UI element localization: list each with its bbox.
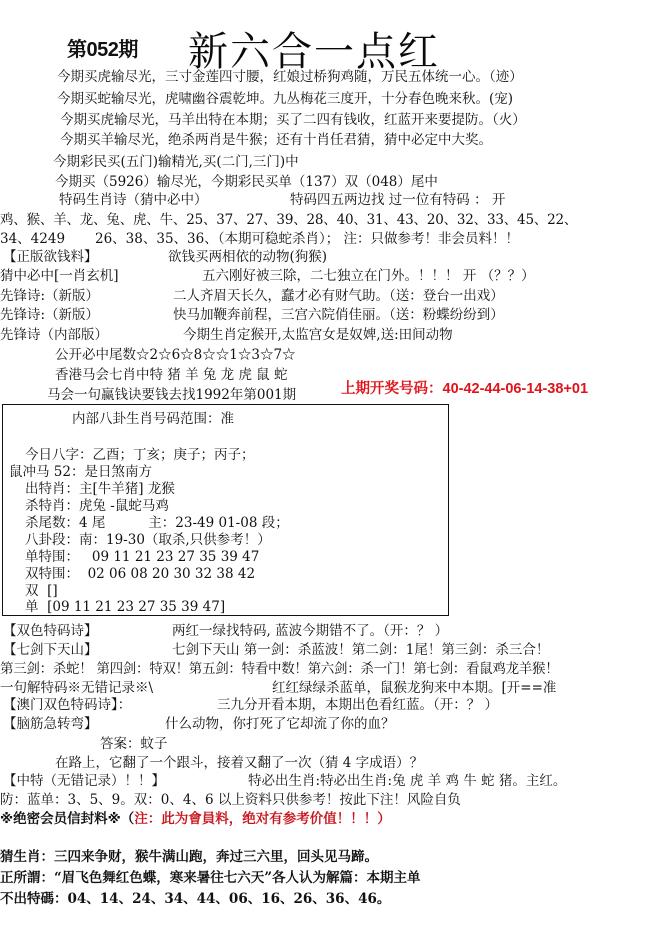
- section-text-xianfeng-1: 二人齐眉天长久，蠢才必有财气助。（送：登台一出戏）: [173, 287, 504, 305]
- riddle-text: 什么动物，你打死了它却流了你的血？: [165, 715, 395, 733]
- section-text-yixiao: 五六刚好被三除，二七独立在门外。！！！ 开 （？？）: [202, 267, 535, 285]
- section-text-xianfeng-2: 快马加鞭奔前程，三宫六院俏佳丽。（送：粉蝶纷纷到）: [173, 306, 504, 324]
- idiom-riddle: 在路上，它翻了一个跟斗，接着又翻了一次（猜 4 字成语）？: [55, 754, 423, 772]
- last-draw-numbers: 40-42-44-06-14-38+01: [443, 381, 589, 397]
- bagua-sha-te: 杀特肖：虎兔 -鼠蛇马鸡: [25, 497, 169, 515]
- guess-zodiac: 猜生肖：三四来争财，猴牛满山跑，奔过三六里，回头见马蹄。: [0, 845, 378, 865]
- issue-number: 第052期: [67, 33, 138, 62]
- poem-line-2: 今期买蛇输尽光，虎啸幽谷震乾坤。九丛梅花三度开，十分春色晚来秋。(宠): [57, 90, 513, 108]
- win-line: 马会一句赢钱诀要钱去找1992年第001期: [47, 386, 296, 404]
- bagua-bazi: 今日八字：乙酉；丁亥；庚子；丙子；: [25, 446, 255, 464]
- seven-swords-text: 七剑下天山 第一剑：杀蓝波！第二剑：1尾！第三剑：杀三合！: [172, 641, 549, 659]
- riddle-label: 【脑筋急转弯】: [3, 715, 98, 733]
- bagua-chong: 鼠冲马 52：是日煞南方: [9, 463, 152, 481]
- section-label-neibu: 先锋诗（内部版）: [0, 326, 108, 344]
- bagua-dan-te: 单特围： 09 11 21 23 27 35 39 47: [25, 548, 259, 566]
- bagua-title: 内部八卦生肖号码范围：准: [72, 410, 234, 428]
- seven-swords-label: 【七剑下天山】: [3, 641, 98, 659]
- special-poem-hint: 特码四五两边找 过一位有特码 ： 开: [290, 191, 505, 209]
- one-phrase-text: 红红绿绿杀蓝单，鼠猴龙狗来中本期。[开==准: [272, 679, 556, 697]
- one-phrase-label: 一句解特码※无错记录※\: [0, 679, 153, 697]
- seven-swords-line-2: 第三剑：杀蛇！ 第四剑：特双！第五剑：特看中数！第六剑：杀一门！第七剑：看鼠鸡龙…: [0, 660, 558, 678]
- two-color-label: 【双色特码诗】: [3, 622, 98, 640]
- section-label-zhengban: 【正版欲钱料】: [3, 248, 98, 266]
- vip-label: ※绝密会员信封料※（: [0, 811, 134, 827]
- tail-stars: 公开必中尾数☆2☆6☆8☆☆1☆3☆7☆: [55, 346, 296, 364]
- zhongte-label: 【中特（无错记录）！！】: [3, 772, 165, 790]
- numbers-line-1: 鸡、猴、羊、龙、兔、虎、牛、25、37、27、39、28、40、31、43、20…: [0, 211, 577, 229]
- vip-note: 注：此为會員料，绝对有参考价值！！！）: [134, 811, 391, 827]
- riddle-answer: 答案：蚊子: [100, 735, 168, 753]
- section-label-xianfeng-2: 先锋诗:（新版）: [0, 306, 99, 324]
- section-label-xianfeng-1: 先锋诗:（新版）: [0, 287, 99, 305]
- macau-label: 【澳门双色特码诗】：: [3, 696, 131, 714]
- poem-line-4: 今期买羊输尽光，绝杀两肖是牛猴；还有十肖任君猜，猜中必定中大奖。: [60, 131, 492, 149]
- last-draw-label: 上期开奖号码：: [341, 381, 443, 397]
- vip-line: ※绝密会员信封料※（注：此为會員料，绝对有参考价值！！！）: [0, 810, 391, 828]
- section-text-zhengban: 欲钱买两相依的动物(狗猴): [168, 248, 327, 266]
- special-poem-label: 特码生肖诗（猜中必中）: [59, 191, 208, 209]
- bagua-dan: 单 [09 11 21 23 27 35 39 47]: [25, 598, 225, 616]
- section-label-yixiao: 猜中必中[一肖玄机]: [0, 267, 119, 285]
- bagua-sha-wei: 杀尾数：4 尾 主：23-49 01-08 段；: [25, 514, 289, 532]
- poem-line-3: 今期买虎输尽光，马羊出特在本期；买了二四有钱收，红蓝开来要提防。（火）: [60, 111, 526, 129]
- numbers-line-2a: 34、4249: [0, 230, 65, 248]
- macau-text: 三九分开看本期，本期出色看红蓝。（开：？ ）: [217, 696, 498, 714]
- hk-seven-zodiac: 香港马会七肖中特 猪 羊 兔 龙 虎 鼠 蛇: [55, 366, 288, 384]
- fang-line: 防：蓝单：3、5、9。双：0、4、6 以上资料只供参考！按此下注！风险自负: [0, 791, 461, 809]
- bagua-shuang-te: 双特围： 02 06 08 20 30 32 38 42: [25, 565, 255, 583]
- bagua-chu-te: 出特肖：主[牛羊猪] 龙猴: [25, 480, 175, 498]
- saying-line: 正所謂：“眉飞色舞红色蝶，寒来暑往七六天”各人认为解篇：本期主单: [0, 866, 421, 886]
- not-out-numbers: 不出特碼：04、14、24、34、44、06、16、26、36、46。: [0, 887, 390, 907]
- door-line: 今期彩民买(五门)输精光,买(二门,三门)中: [53, 153, 299, 171]
- tail-line: 今期买（5926）输尽光，今期彩民买单（137）双（048）尾中: [55, 173, 438, 191]
- section-text-neibu: 今期生肖定猴开,太监宫女是奴婢,送:田间动物: [183, 326, 453, 344]
- zhongte-text: 特必出生肖:特必出生肖:兔 虎 羊 鸡 牛 蛇 猪。主红。: [248, 772, 566, 790]
- bagua-duan: 八卦段：南：19-30（取杀,只供参考！）: [25, 531, 271, 549]
- two-color-text: 两红一绿找特码, 蓝波今期错不了。（开：？ ）: [172, 622, 448, 640]
- last-draw-banner: 上期开奖号码：40-42-44-06-14-38+01: [341, 377, 588, 398]
- numbers-line-2b: 26、38、35、36、（本期可稳蛇杀肖）； 注：只做参考！非会员料！！: [95, 230, 519, 248]
- poem-line-1: 今期买虎输尽光，三寸金莲四寸腰，红娘过桥狗鸡随，万民五体统一心。（迹）: [57, 68, 523, 86]
